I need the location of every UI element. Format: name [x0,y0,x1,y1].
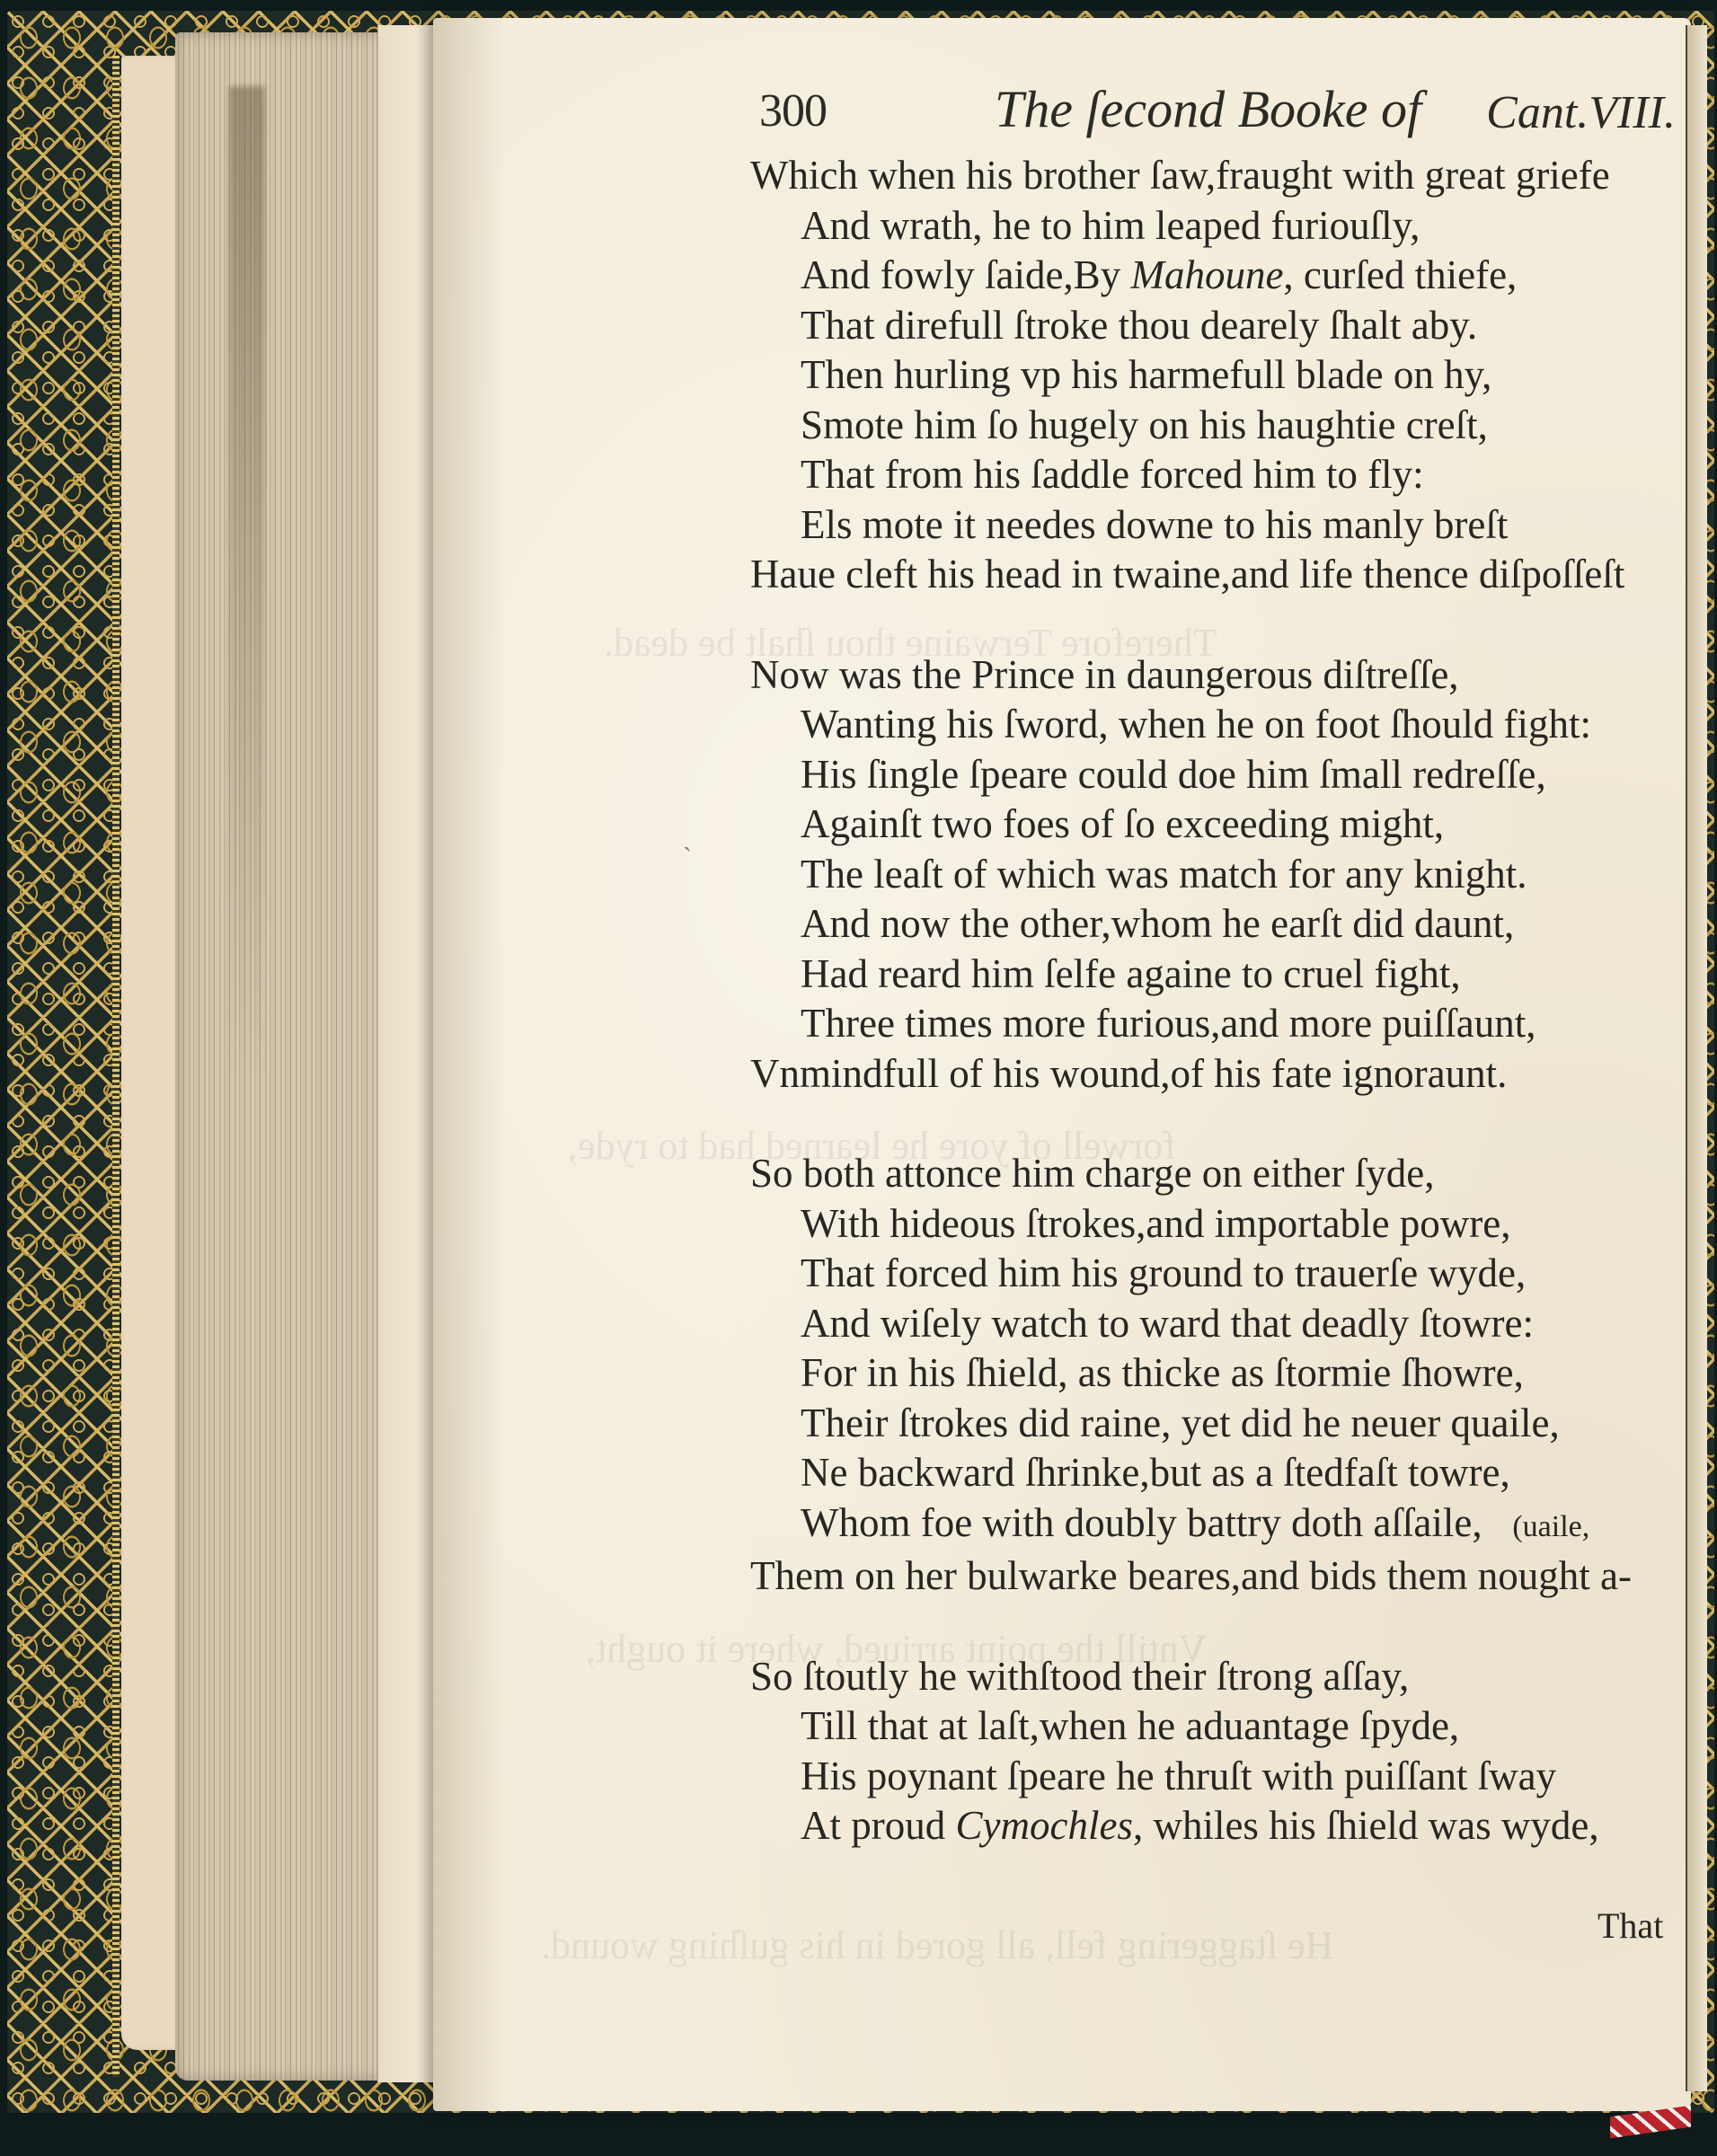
verse-line: That forced him his ground to trauerſe w… [750,1249,1676,1299]
verse-line: And wrath, he to him leaped furiouſly, [750,201,1676,252]
verse-line: The leaſt of which was match for any kni… [750,850,1676,900]
verse-line: With hideous ſtrokes,and importable powr… [750,1199,1676,1250]
italic-name-mahoune: Mahoune [1130,252,1283,297]
verse-text-roman: , curſed thiefe, [1283,252,1517,297]
verse-line: His ſingle ſpeare could doe him ſmall re… [750,750,1676,800]
verse-line: So both attonce him charge on either ſyd… [750,1149,1676,1199]
canto-label: Cant.VIII. [1486,86,1676,139]
verse-line-alexandrine: Vnmindfull of his wound,of his fate igno… [750,1049,1676,1100]
verse-line: Till that at laſt,when he aduantage ſpyd… [750,1701,1676,1752]
verse-line: And fowly ſaide,By Mahoune, curſed thief… [750,251,1676,301]
verse-text-roman: Whom foe with doubly battry doth aſſaile… [801,1500,1482,1545]
page-number: 300 [759,84,827,137]
verse-line: Wanting his ſword, when he on foot ſhoul… [750,700,1676,750]
show-through-text: He ſtaggering fell, all gored in his guſ… [541,1922,1333,1968]
verse-line: His poynant ſpeare he thruſt with puiſſa… [750,1752,1676,1802]
page-stack-edge [377,25,441,2082]
stanza-3: So both attonce him charge on either ſyd… [750,1149,1676,1602]
verse-line: And now the other,whom he earſt did daun… [750,899,1676,950]
marginal-blot: ˏ [683,822,692,853]
running-head: 300 The ſecond Booke of Cant.VIII. [759,79,1676,151]
verse-line: Then hurling vp his harmefull blade on h… [750,350,1676,401]
verse-line: Againſt two foes of ſo exceeding might, [750,800,1676,850]
turnover-text: (uaile, [1512,1510,1589,1543]
catchword: That [1598,1904,1663,1947]
stanza-2: Now was the Prince in daungerous diſtreſ… [750,650,1676,1100]
verse-line: Els mote it needes downe to his manly br… [750,500,1676,551]
verse-line: Had reard him ſelfe againe to cruel figh… [750,950,1676,1000]
verse-line: Now was the Prince in daungerous diſtreſ… [750,650,1676,701]
gilt-inner-rule [112,56,119,2077]
verse-line: For in his ſhield, as thicke as ſtormie … [750,1348,1676,1399]
verse-line: That from his ſaddle forced him to fly: [750,450,1676,500]
page-edge [1686,25,1707,2091]
verse-line-alexandrine: Them on her bulwarke beares,and bids the… [750,1551,1676,1602]
gutter-shadow [433,18,505,2111]
verse-text-roman: And fowly ſaide,By [801,252,1130,297]
verse-text: Which when his brother ſaw,fraught with … [750,151,1676,1902]
verse-line: Whom foe with doubly battry doth aſſaile… [750,1498,1676,1552]
water-stain [229,86,265,1074]
verse-line: Their ſtrokes did raine, yet did he neue… [750,1399,1676,1449]
verse-line: Which when his brother ſaw,fraught with … [750,151,1676,201]
verse-line: So ſtoutly he withſtood their ſtrong aſſ… [750,1652,1676,1702]
verse-line: Smote him ſo hugely on his haughtie creſ… [750,401,1676,451]
italic-name-cymochles: Cymochles [956,1803,1133,1848]
book-title-heading: The ſecond Booke of [995,79,1421,139]
verse-line: That direfull ſtroke thou dearely ſhalt … [750,301,1676,351]
verse-text-roman: At proud [801,1803,956,1848]
verse-line-alexandrine: Haue cleft his head in twaine,and life t… [750,550,1676,600]
verse-line: Three times more furious,and more puiſſa… [750,999,1676,1049]
verse-line: At proud Cymochles, whiles his ſhield wa… [750,1801,1676,1851]
verse-text-roman: , whiles his ſhield was wyde, [1133,1803,1599,1848]
verse-line: And wiſely watch to ward that deadly ſto… [750,1299,1676,1349]
bookmark-ribbon [1610,2106,1691,2139]
stanza-1: Which when his brother ſaw,fraught with … [750,151,1676,600]
verse-line: Ne backward ſhrinke,but as a ſtedfaſt to… [750,1448,1676,1498]
stanza-4: So ſtoutly he withſtood their ſtrong aſſ… [750,1652,1676,1851]
